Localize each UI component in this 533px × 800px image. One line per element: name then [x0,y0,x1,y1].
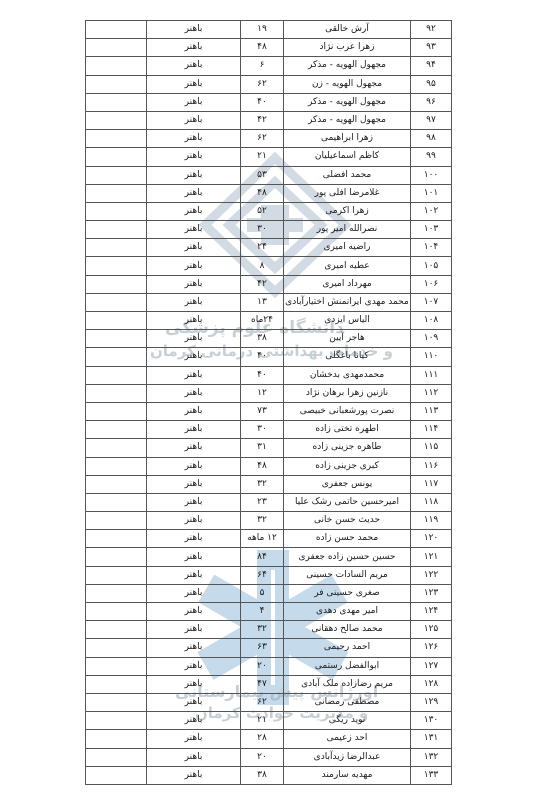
table-row: ۱۳۲عبدالرضا زیدآبادی۲۰باهنر [86,748,452,766]
hospital-cell: باهنر [147,748,241,766]
hospital-cell: باهنر [147,111,241,129]
note-cell [86,639,147,657]
note-cell [86,693,147,711]
row-number-cell: ۱۳۲ [411,748,452,766]
name-cell: مجهول الهویه - زن [284,75,411,93]
row-number-cell: ۱۲۲ [411,566,452,584]
table-row: ۱۰۴راضیه امیری۲۴باهنر [86,239,452,257]
row-number-cell: ۹۲ [411,21,452,39]
name-cell: نوید ریگی [284,712,411,730]
row-number-cell: ۱۰۵ [411,257,452,275]
table-row: ۱۲۷ابوالفضل رستمی۲۰باهنر [86,657,452,675]
age-cell: ۱۲ ماهه [241,530,284,548]
hospital-cell: باهنر [147,221,241,239]
hospital-cell: باهنر [147,530,241,548]
note-cell [86,275,147,293]
row-number-cell: ۹۶ [411,93,452,111]
name-cell: محمد افضلی [284,166,411,184]
row-number-cell: ۱۱۷ [411,475,452,493]
hospital-cell: باهنر [147,475,241,493]
hospital-cell: باهنر [147,148,241,166]
name-cell: نازنین زهرا برهان نژاد [284,384,411,402]
row-number-cell: ۹۴ [411,57,452,75]
note-cell [86,530,147,548]
note-cell [86,312,147,330]
age-cell: ۳۸ [241,766,284,784]
age-cell: ۴۰ [241,366,284,384]
name-cell: آرش خالقی [284,21,411,39]
note-cell [86,348,147,366]
age-cell: ۳۸ [241,330,284,348]
age-cell: ۱۹ [241,21,284,39]
row-number-cell: ۱۰۴ [411,239,452,257]
name-cell: اطهره تختی زاده [284,421,411,439]
name-cell: عبدالرضا زیدآبادی [284,748,411,766]
age-cell: ۴۲ [241,275,284,293]
note-cell [86,239,147,257]
age-cell: ۲۱ [241,712,284,730]
hospital-cell: باهنر [147,730,241,748]
name-cell: مریم السادات حسینی [284,566,411,584]
name-cell: کبری جزینی زاده [284,457,411,475]
table-row: ۱۳۰نوید ریگی۲۱باهنر [86,712,452,730]
table-row: ۱۲۰محمد حسن زاده۱۲ ماههباهنر [86,530,452,548]
row-number-cell: ۹۷ [411,111,452,129]
note-cell [86,184,147,202]
row-number-cell: ۱۱۲ [411,384,452,402]
row-number-cell: ۱۱۹ [411,512,452,530]
name-cell: مریم رضازاده ملک آبادی [284,675,411,693]
table-row: ۹۴مجهول الهویه - مذکر۶باهنر [86,57,452,75]
row-number-cell: ۹۸ [411,130,452,148]
casualty-roster-table: ۹۲آرش خالقی۱۹باهنر۹۳زهرا عرب نژاد۴۸باهنر… [85,20,452,785]
age-cell: ۶ [241,57,284,75]
age-cell: ۲۴ماه [241,312,284,330]
age-cell: ۲۱ [241,148,284,166]
hospital-cell: باهنر [147,712,241,730]
row-number-cell: ۱۱۶ [411,457,452,475]
row-number-cell: ۱۰۱ [411,184,452,202]
row-number-cell: ۱۲۶ [411,639,452,657]
note-cell [86,57,147,75]
row-number-cell: ۱۱۵ [411,439,452,457]
row-number-cell: ۱۱۴ [411,421,452,439]
hospital-cell: باهنر [147,239,241,257]
name-cell: احمد رحیمی [284,639,411,657]
name-cell: محمدمهدی بدخشان [284,366,411,384]
table-row: ۹۶مجهول الهویه - مذکر۴۰باهنر [86,93,452,111]
name-cell: الیاس ایزدی [284,312,411,330]
age-cell: ۶۲ [241,130,284,148]
row-number-cell: ۱۰۶ [411,275,452,293]
name-cell: مصطفی رمضانی [284,693,411,711]
table-row: ۱۱۶کبری جزینی زاده۴۸باهنر [86,457,452,475]
note-cell [86,493,147,511]
table-row: ۱۲۶احمد رحیمی۶۳باهنر [86,639,452,657]
hospital-cell: باهنر [147,166,241,184]
note-cell [86,21,147,39]
age-cell: ۱۳ [241,293,284,311]
row-number-cell: ۹۹ [411,148,452,166]
table-row: ۱۲۱حسین حسین زاده جعفری۸۴باهنر [86,548,452,566]
name-cell: حسین حسین زاده جعفری [284,548,411,566]
note-cell [86,457,147,475]
name-cell: ابوالفضل رستمی [284,657,411,675]
note-cell [86,548,147,566]
note-cell [86,712,147,730]
name-cell: نصرت پورشعبانی خبیصی [284,402,411,420]
name-cell: هاجر آیین [284,330,411,348]
age-cell: ۳۱ [241,439,284,457]
note-cell [86,730,147,748]
note-cell [86,111,147,129]
table-row: ۱۲۲مریم السادات حسینی۶۴باهنر [86,566,452,584]
table-row: ۱۰۳نصرالله امیر پور۳۰باهنر [86,221,452,239]
row-number-cell: ۹۵ [411,75,452,93]
table-row: ۱۱۷یونس جعفری۳۲باهنر [86,475,452,493]
table-row: ۱۱۳نصرت پورشعبانی خبیصی۷۳باهنر [86,402,452,420]
name-cell: نصرالله امیر پور [284,221,411,239]
name-cell: حدیث حسن خانی [284,512,411,530]
age-cell: ۶۲ [241,693,284,711]
note-cell [86,39,147,57]
hospital-cell: باهنر [147,39,241,57]
age-cell: ۶۳ [241,639,284,657]
table-row: ۹۲آرش خالقی۱۹باهنر [86,21,452,39]
table-row: ۱۲۹مصطفی رمضانی۶۲باهنر [86,693,452,711]
name-cell: احد زعیمی [284,730,411,748]
age-cell: ۴۰ [241,348,284,366]
table-row: ۱۰۷محمد مهدی ایرانمنش اختیارآبادی۱۳باهنر [86,293,452,311]
note-cell [86,130,147,148]
hospital-cell: باهنر [147,75,241,93]
table-row: ۱۰۹هاجر آیین۳۸باهنر [86,330,452,348]
note-cell [86,512,147,530]
table-row: ۹۵مجهول الهویه - زن۶۲باهنر [86,75,452,93]
age-cell: ۶۴ [241,566,284,584]
age-cell: ۱۲ [241,384,284,402]
hospital-cell: باهنر [147,566,241,584]
hospital-cell: باهنر [147,21,241,39]
table-row: ۹۹کاظم اسماعیلیان۲۱باهنر [86,148,452,166]
row-number-cell: ۱۱۰ [411,348,452,366]
name-cell: عطیه امیری [284,257,411,275]
hospital-cell: باهنر [147,584,241,602]
name-cell: مهدیه سارمند [284,766,411,784]
row-number-cell: ۱۲۰ [411,530,452,548]
hospital-cell: باهنر [147,402,241,420]
age-cell: ۲۴ [241,239,284,257]
note-cell [86,330,147,348]
name-cell: یونس جعفری [284,475,411,493]
table-row: ۱۰۸الیاس ایزدی۲۴ماهباهنر [86,312,452,330]
row-number-cell: ۱۰۲ [411,202,452,220]
row-number-cell: ۱۰۳ [411,221,452,239]
age-cell: ۸ [241,257,284,275]
hospital-cell: باهنر [147,457,241,475]
note-cell [86,566,147,584]
hospital-cell: باهنر [147,439,241,457]
hospital-cell: باهنر [147,657,241,675]
age-cell: ۴ [241,603,284,621]
hospital-cell: باهنر [147,621,241,639]
name-cell: امیر مهدی دهدی [284,603,411,621]
note-cell [86,766,147,784]
note-cell [86,657,147,675]
hospital-cell: باهنر [147,548,241,566]
name-cell: مهرداد امیری [284,275,411,293]
row-number-cell: ۱۲۷ [411,657,452,675]
hospital-cell: باهنر [147,493,241,511]
age-cell: ۴۸ [241,39,284,57]
name-cell: زهرا عرب نژاد [284,39,411,57]
name-cell: راضیه امیری [284,239,411,257]
age-cell: ۲۰ [241,657,284,675]
table-row: ۱۲۳صغری حسینی فر۵باهنر [86,584,452,602]
note-cell [86,75,147,93]
name-cell: صغری حسینی فر [284,584,411,602]
note-cell [86,475,147,493]
row-number-cell: ۱۲۱ [411,548,452,566]
hospital-cell: باهنر [147,202,241,220]
name-cell: محمد صالح دهقانی [284,621,411,639]
name-cell: زهرا اکرمی [284,202,411,220]
hospital-cell: باهنر [147,312,241,330]
row-number-cell: ۱۲۹ [411,693,452,711]
age-cell: ۲۳ [241,493,284,511]
note-cell [86,148,147,166]
age-cell: ۴۰ [241,93,284,111]
table-row: ۱۲۸مریم رضازاده ملک آبادی۴۷باهنر [86,675,452,693]
age-cell: ۴۷ [241,675,284,693]
age-cell: ۲۸ [241,730,284,748]
table-row: ۱۱۱محمدمهدی بدخشان۴۰باهنر [86,366,452,384]
hospital-cell: باهنر [147,257,241,275]
name-cell: کیانا باغگلی [284,348,411,366]
age-cell: ۵ [241,584,284,602]
age-cell: ۴۸ [241,457,284,475]
hospital-cell: باهنر [147,330,241,348]
table-row: ۹۸زهرا ابراهیمی۶۲باهنر [86,130,452,148]
row-number-cell: ۱۳۱ [411,730,452,748]
table-row: ۱۲۴امیر مهدی دهدی۴باهنر [86,603,452,621]
name-cell: مجهول الهویه - مذکر [284,57,411,75]
hospital-cell: باهنر [147,512,241,530]
row-number-cell: ۱۱۸ [411,493,452,511]
note-cell [86,675,147,693]
age-cell: ۳۲ [241,621,284,639]
row-number-cell: ۱۳۰ [411,712,452,730]
row-number-cell: ۱۰۹ [411,330,452,348]
note-cell [86,93,147,111]
hospital-cell: باهنر [147,366,241,384]
note-cell [86,402,147,420]
name-cell: زهرا ابراهیمی [284,130,411,148]
note-cell [86,439,147,457]
table-row: ۱۱۹حدیث حسن خانی۳۲باهنر [86,512,452,530]
age-cell: ۴۲ [241,111,284,129]
row-number-cell: ۱۲۳ [411,584,452,602]
note-cell [86,584,147,602]
hospital-cell: باهنر [147,421,241,439]
note-cell [86,366,147,384]
name-cell: محمد مهدی ایرانمنش اختیارآبادی [284,293,411,311]
age-cell: ۶۲ [241,75,284,93]
note-cell [86,621,147,639]
row-number-cell: ۱۲۵ [411,621,452,639]
name-cell: طاهره جزینی زاده [284,439,411,457]
age-cell: ۳۲ [241,475,284,493]
name-cell: امیرحسین حاتمی رشک علیا [284,493,411,511]
age-cell: ۸۴ [241,548,284,566]
table-row: ۱۰۰محمد افضلی۵۳باهنر [86,166,452,184]
note-cell [86,166,147,184]
note-cell [86,421,147,439]
table-row: ۱۱۴اطهره تختی زاده۳۰باهنر [86,421,452,439]
name-cell: محمد حسن زاده [284,530,411,548]
row-number-cell: ۱۰۰ [411,166,452,184]
note-cell [86,603,147,621]
hospital-cell: باهنر [147,93,241,111]
row-number-cell: ۱۱۳ [411,402,452,420]
row-number-cell: ۱۲۴ [411,603,452,621]
table-row: ۱۱۸امیرحسین حاتمی رشک علیا۲۳باهنر [86,493,452,511]
table-row: ۱۱۰کیانا باغگلی۴۰باهنر [86,348,452,366]
name-cell: مجهول الهویه - مذکر [284,111,411,129]
table-row: ۹۳زهرا عرب نژاد۴۸باهنر [86,39,452,57]
hospital-cell: باهنر [147,57,241,75]
name-cell: غلامرضا افلی پور [284,184,411,202]
age-cell: ۵۳ [241,166,284,184]
age-cell: ۳۲ [241,512,284,530]
hospital-cell: باهنر [147,130,241,148]
table-row: ۱۰۱غلامرضا افلی پور۴۸باهنر [86,184,452,202]
name-cell: مجهول الهویه - مذکر [284,93,411,111]
note-cell [86,257,147,275]
age-cell: ۷۳ [241,402,284,420]
hospital-cell: باهنر [147,275,241,293]
table-row: ۱۱۵طاهره جزینی زاده۳۱باهنر [86,439,452,457]
age-cell: ۲۰ [241,748,284,766]
table-row: ۱۳۱احد زعیمی۲۸باهنر [86,730,452,748]
age-cell: ۴۸ [241,184,284,202]
roster-body: ۹۲آرش خالقی۱۹باهنر۹۳زهرا عرب نژاد۴۸باهنر… [86,21,452,785]
hospital-cell: باهنر [147,293,241,311]
age-cell: ۳۰ [241,221,284,239]
table-row: ۱۲۵محمد صالح دهقانی۳۲باهنر [86,621,452,639]
note-cell [86,748,147,766]
hospital-cell: باهنر [147,766,241,784]
hospital-cell: باهنر [147,675,241,693]
table-row: ۱۰۵عطیه امیری۸باهنر [86,257,452,275]
note-cell [86,221,147,239]
row-number-cell: ۹۳ [411,39,452,57]
table-row: ۹۷مجهول الهویه - مذکر۴۲باهنر [86,111,452,129]
row-number-cell: ۱۳۳ [411,766,452,784]
table-row: ۱۱۲نازنین زهرا برهان نژاد۱۲باهنر [86,384,452,402]
age-cell: ۳۰ [241,421,284,439]
row-number-cell: ۱۱۱ [411,366,452,384]
note-cell [86,202,147,220]
row-number-cell: ۱۲۸ [411,675,452,693]
hospital-cell: باهنر [147,693,241,711]
table-row: ۱۰۶مهرداد امیری۴۲باهنر [86,275,452,293]
hospital-cell: باهنر [147,639,241,657]
note-cell [86,384,147,402]
table-row: ۱۰۲زهرا اکرمی۵۲باهنر [86,202,452,220]
name-cell: کاظم اسماعیلیان [284,148,411,166]
hospital-cell: باهنر [147,348,241,366]
hospital-cell: باهنر [147,384,241,402]
note-cell [86,293,147,311]
row-number-cell: ۱۰۷ [411,293,452,311]
table-row: ۱۳۳مهدیه سارمند۳۸باهنر [86,766,452,784]
age-cell: ۵۲ [241,202,284,220]
hospital-cell: باهنر [147,184,241,202]
row-number-cell: ۱۰۸ [411,312,452,330]
hospital-cell: باهنر [147,603,241,621]
